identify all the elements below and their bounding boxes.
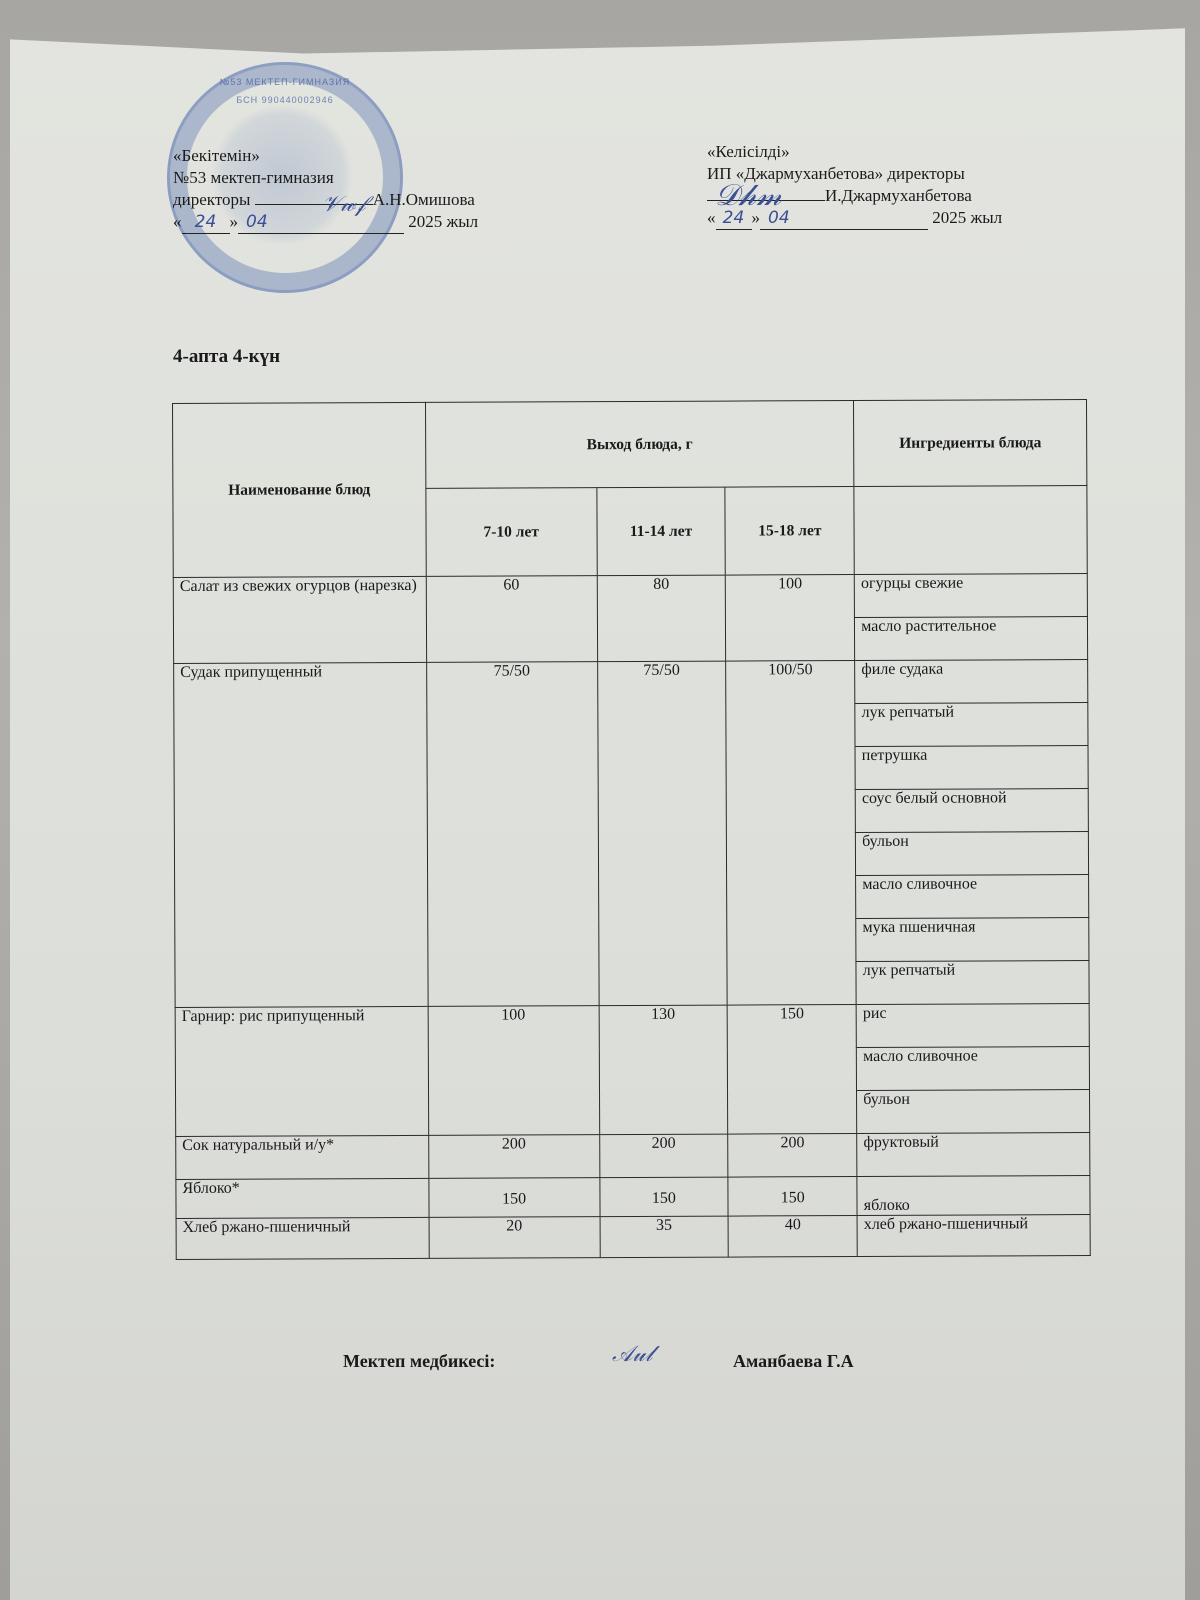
dish-name: Яблоко* [176,1178,429,1218]
ingredient-cell: яблоко [857,1176,1090,1216]
date-year: 2025 жыл [932,208,1002,227]
date-day: 24 [182,211,230,234]
table-row: Салат из свежих огурцов (нарезка)6080100… [173,574,1087,621]
header-ingredients: Ингредиенты блюда [854,400,1087,487]
ingredient-cell: лук репчатый [856,961,1089,1005]
page-title: 4-апта 4-күн [173,346,280,368]
menu-table: Наименование блюд Выход блюда, г Ингреди… [172,399,1091,1260]
dish-yield: 100 [726,575,855,662]
table-row: Судак припущенный75/5075/50100/50филе су… [174,660,1088,707]
dish-name: Судак припущенный [174,662,428,1007]
date-month: 04 [238,211,404,234]
dish-name: Салат из свежих огурцов (нарезка) [173,576,426,663]
ingredient-cell: фруктовый [857,1133,1090,1177]
footer-nurse-label: Мектеп медбикесі: [343,1351,495,1372]
director-signature-icon: 𝒱𝓌𝒻 [322,192,365,217]
header-age-15-18: 15-18 лет [725,487,854,576]
ingredient-cell: бульон [856,832,1089,876]
dish-yield: 150 [429,1178,600,1218]
header-age-11-14: 11-14 лет [596,487,725,576]
header-yield: Выход блюда, г [425,401,854,489]
ingredient-cell: масло сливочное [856,875,1089,919]
approval-org: №53 мектеп-гимназия [173,167,478,189]
dish-yield: 200 [428,1135,599,1179]
dish-yield: 150 [728,1177,857,1217]
ingredient-cell: рис [856,1004,1089,1048]
footer-nurse-name: Аманбаева Г.А [733,1351,854,1372]
approval-block-left: «Бекітемін» №53 мектеп-гимназия директор… [173,145,478,234]
ingredient-cell: соус белый основной [855,789,1088,833]
header-ingredients-empty [854,486,1087,575]
ingredient-cell: мука пшеничная [856,918,1089,962]
dish-name: Гарнир: рис припущенный [175,1006,428,1136]
ip-signature-icon: 𝒟𝒽𝓂 [715,178,782,213]
ingredient-cell: бульон [857,1090,1090,1134]
table-row: Гарнир: рис припущенный100130150рис [175,1004,1089,1051]
stamp-bin-text: БСН 990440002946 [205,95,365,105]
ingredient-cell: лук репчатый [855,703,1088,747]
dish-yield: 40 [728,1216,857,1258]
dish-yield: 200 [728,1134,857,1178]
dish-yield: 80 [597,575,726,662]
approval-heading: «Бекітемін» [173,145,478,167]
header-dish-name: Наименование блюд [173,402,426,577]
ingredient-cell: филе судака [855,660,1088,704]
ingredient-cell: петрушка [855,746,1088,790]
date-year: 2025 жыл [408,212,478,231]
table-row: Хлеб ржано-пшеничный203540хлеб ржано-пше… [176,1215,1090,1260]
table-row: Сок натуральный и/у*200200200фруктовый [176,1133,1090,1180]
table-row: Яблоко*150150150яблоко [176,1176,1090,1219]
stamp-org-text: №53 МЕКТЕП-ГИМНАЗИЯ [205,77,365,87]
approval-name: А.Н.Омишова [373,190,475,209]
dish-yield: 60 [426,576,597,663]
dish-yield: 35 [600,1216,729,1258]
nurse-signature-icon: 𝒜𝓊𝓁 [612,1342,653,1367]
ingredient-cell: огурцы свежие [854,574,1087,618]
approval-role: директоры [173,190,250,209]
header-age-7-10: 7-10 лет [426,488,597,577]
dish-yield: 100 [428,1006,599,1136]
menu-body: Салат из свежих огурцов (нарезка)6080100… [173,574,1090,1260]
dish-name: Сок натуральный и/у* [176,1135,429,1179]
agreed-heading: «Келісілді» [707,141,1002,163]
date-month: 04 [760,207,928,230]
dish-yield: 150 [599,1177,728,1217]
ingredient-cell: масло растительное [855,617,1088,661]
dish-yield: 130 [599,1005,728,1135]
dish-yield: 150 [727,1005,856,1135]
dish-yield: 75/50 [597,661,727,1006]
agreed-name: И.Джармуханбетова [825,186,972,205]
dish-name: Хлеб ржано-пшеничный [176,1217,429,1259]
dish-yield: 20 [429,1217,600,1259]
dish-yield: 200 [599,1134,728,1178]
dish-yield: 100/50 [726,661,856,1006]
ingredient-cell: хлеб ржано-пшеничный [857,1215,1090,1257]
ingredient-cell: масло сливочное [857,1047,1090,1091]
dish-yield: 75/50 [426,662,598,1007]
